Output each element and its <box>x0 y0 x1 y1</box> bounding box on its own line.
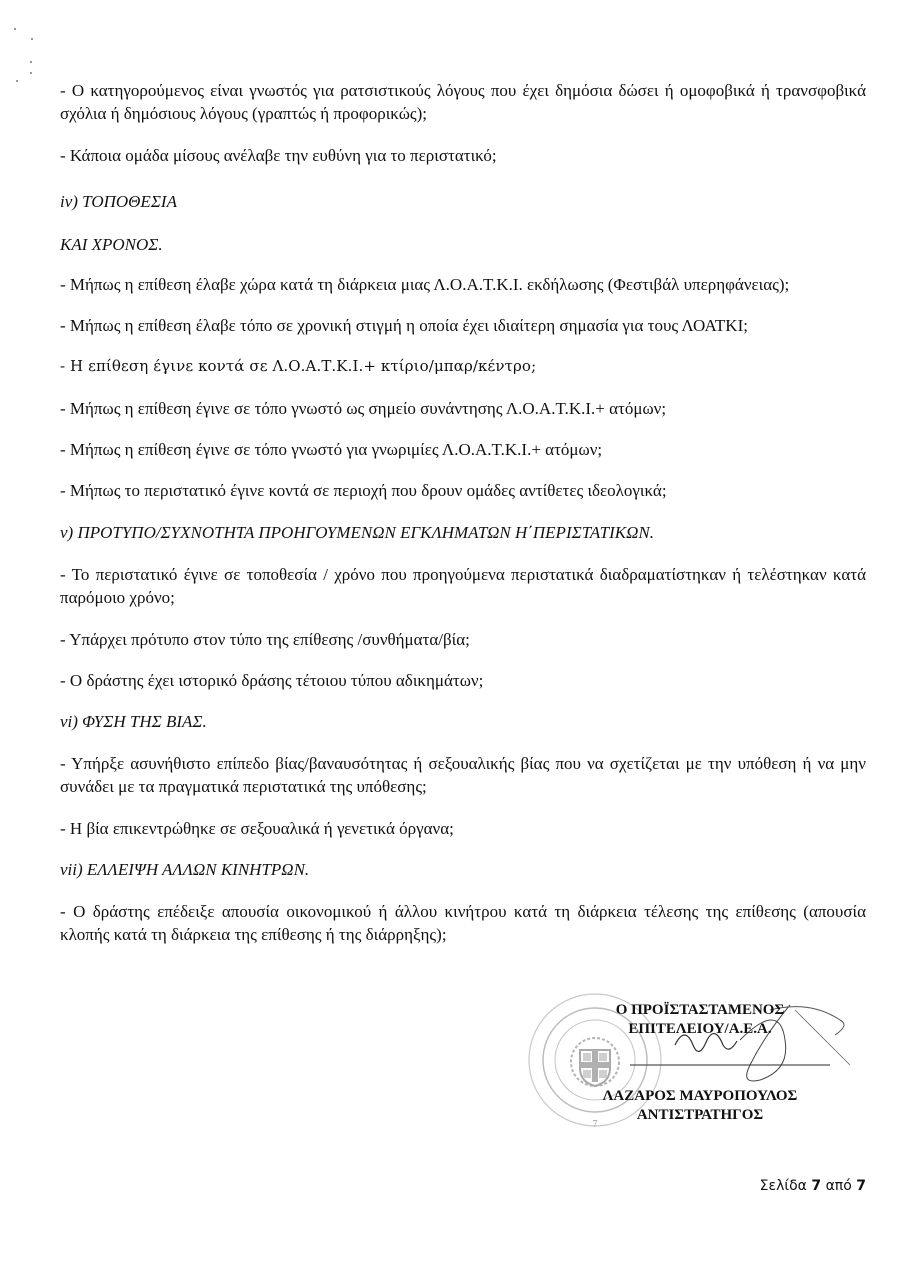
scan-artifact <box>30 61 32 63</box>
paragraph-near-venue: - Η επίθεση έγινε κοντά σε Λ.Ο.Α.Τ.Κ.Ι.+… <box>60 355 866 378</box>
paragraph-opposing-groups: - Μήπως το περιστατικό έγινε κοντά σε πε… <box>60 479 866 502</box>
total-pages: 7 <box>856 1178 866 1194</box>
heading-pattern: v) ΠΡΟΤΥΠΟ/ΣΥΧΝΟΤΗΤΑ ΠΡΟΗΓΟΥΜΕΝΩΝ ΕΓΚΛΗΜ… <box>60 521 866 544</box>
paragraph-special-time: - Μήπως η επίθεση έλαβε τόπο σε χρονική … <box>60 314 866 337</box>
scan-artifact <box>16 80 18 82</box>
page-separator: από <box>826 1178 852 1194</box>
paragraph-unusual-violence: - Υπήρξε ασυνήθιστο επίπεδο βίας/βαναυσό… <box>60 752 866 798</box>
signatory-name: ΛΑΖΑΡΟΣ ΜΑΥΡΟΠΟΥΛΟΣ <box>560 1087 840 1106</box>
paragraph-hate-group: - Κάποια ομάδα μίσους ανέλαβε την ευθύνη… <box>60 144 866 167</box>
paragraph-previous-incidents: - Το περιστατικό έγινε σε τοποθεσία / χρ… <box>60 563 866 609</box>
paragraph-no-other-motive: - Ο δράστης επέδειξε απουσία οικονομικού… <box>60 900 866 946</box>
scan-artifact <box>31 38 33 40</box>
heading-violence-nature: vi) ΦΥΣΗ ΤΗΣ ΒΙΑΣ. <box>60 710 866 733</box>
paragraph-dating-place: - Μήπως η επίθεση έγινε σε τόπο γνωστό γ… <box>60 438 866 461</box>
heading-location: iv) ΤΟΠΟΘΕΣΙΑ <box>60 190 866 213</box>
page-number: Σελίδα 7 από 7 <box>740 1178 866 1194</box>
heading-time: ΚΑΙ ΧΡΟΝΟΣ. <box>60 233 866 256</box>
paragraph-meeting-place: - Μήπως η επίθεση έγινε σε τόπο γνωστό ω… <box>60 397 866 420</box>
signatory-title-line2: ΕΠΙΤΕΛΕΙΟΥ/Α.Ε.Α. <box>560 1020 840 1039</box>
paragraph-accused-known: - Ο κατηγορούμενος είναι γνωστός για ρατ… <box>60 79 866 125</box>
paragraph-attack-pattern: - Υπάρχει πρότυπο στον τύπο της επίθεσης… <box>60 628 866 651</box>
scan-artifact <box>14 28 16 30</box>
document-page: - Ο κατηγορούμενος είναι γνωστός για ρατ… <box>0 0 900 1274</box>
signatory-title-line1: Ο ΠΡΟΪΣΤΑΣΤΑΜΕΝΟΣ <box>560 1001 840 1020</box>
signatory-rank: ΑΝΤΙΣΤΡΑΤΗΓΟΣ <box>560 1106 840 1125</box>
paragraph-lgbt-event: - Μήπως η επίθεση έλαβε χώρα κατά τη διά… <box>60 273 866 296</box>
heading-other-motives: vii) ΕΛΛΕΙΨΗ ΑΛΛΩΝ ΚΙΝΗΤΡΩΝ. <box>60 858 866 881</box>
scan-artifact <box>30 72 32 74</box>
paragraph-sexual-organs: - Η βία επικεντρώθηκε σε σεξουαλικά ή γε… <box>60 817 866 840</box>
page-label: Σελίδα <box>760 1178 807 1194</box>
current-page: 7 <box>811 1178 821 1194</box>
paragraph-offender-history: - Ο δράστης έχει ιστορικό δράσης τέτοιου… <box>60 669 866 692</box>
